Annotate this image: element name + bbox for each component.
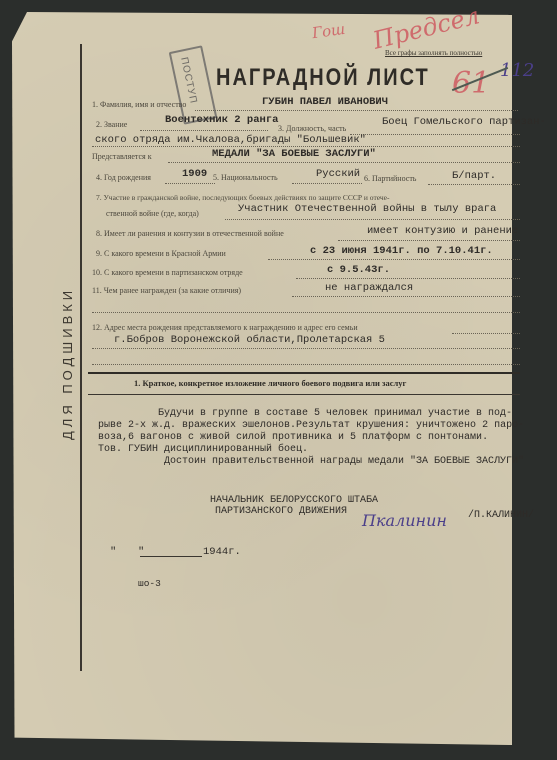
field-12-label: 12. Адрес места рождения представляемого… bbox=[92, 323, 358, 332]
field-12-value: г.Бобров Воронежской области,Пролетарска… bbox=[114, 334, 385, 346]
date-blank-line bbox=[140, 556, 202, 557]
field-6-label: 6. Партийность bbox=[364, 174, 416, 183]
field-6-value: Б/парт. bbox=[452, 170, 496, 182]
field-10-label: 10. С какого времени в партизанском отря… bbox=[92, 268, 243, 277]
field-7-label: 7. Участие в гражданской войне, последую… bbox=[96, 193, 389, 202]
date-quote-open: " bbox=[110, 546, 116, 558]
narrative-line-3: воза,6 вагонов с живой силой противника … bbox=[98, 432, 488, 443]
field-2-value: Воентехник 2 ранга bbox=[165, 114, 278, 126]
presented-label: Представляется к bbox=[92, 152, 152, 161]
document-code: шо-3 bbox=[138, 578, 161, 589]
field-5-label: 5. Национальность bbox=[213, 173, 278, 182]
section-1-heading: 1. Краткое, конкретное изложение личного… bbox=[134, 378, 406, 388]
presented-value: МЕДАЛИ "ЗА БОЕВЫЕ ЗАСЛУГИ" bbox=[212, 148, 376, 160]
field-9-value: с 23 июня 1941г. по 7.10.41г. bbox=[310, 245, 493, 257]
binding-margin-label: ДЛЯ ПОДШИВКИ bbox=[60, 287, 75, 440]
field-3-value-cont: ского отряда им.Чкалова,бригады "Большев… bbox=[95, 134, 366, 146]
field-1-value: ГУБИН ПАВЕЛ ИВАНОВИЧ bbox=[262, 96, 388, 108]
field-9-label: 9. С какого времени в Красной Армии bbox=[96, 249, 226, 258]
narrative-line-1: Будучи в группе в составе 5 человек прин… bbox=[158, 408, 512, 419]
date-year: 1944г. bbox=[203, 546, 241, 558]
field-4-value: 1909 bbox=[182, 168, 207, 180]
signer-title-line-1: НАЧАЛЬНИК БЕЛОРУССКОГО ШТАБА bbox=[210, 495, 378, 506]
document-title: НАГРАДНОЙ ЛИСТ bbox=[216, 65, 430, 93]
field-3-label: 3. Должность, часть bbox=[278, 124, 346, 133]
field-1-label: 1. Фамилия, имя и отчество bbox=[92, 100, 186, 109]
top-note: Все графы заполнять полностью bbox=[385, 49, 482, 57]
field-4-label: 4. Год рождения bbox=[96, 173, 151, 182]
section-divider bbox=[88, 372, 520, 374]
field-2-label: 2. Звание bbox=[96, 120, 127, 129]
field-8-label: 8. Имеет ли ранения и контузии в отечест… bbox=[96, 229, 284, 238]
field-11-value: не награждался bbox=[325, 282, 413, 294]
section-heading-underline bbox=[88, 394, 520, 395]
narrative-line-2: рыве 2-х ж.д. вражеских эшелонов.Результ… bbox=[98, 420, 524, 431]
narrative-line-5: Достоин правительственной награды медали… bbox=[164, 456, 524, 467]
field-3-value: Боец Гомельского партизан- bbox=[382, 116, 546, 128]
field-10-value: с 9.5.43г. bbox=[327, 264, 390, 276]
handwritten-signature: Пкалинин bbox=[362, 511, 447, 530]
narrative-line-4: Тов. ГУБИН дисциплинированный боец. bbox=[98, 444, 308, 455]
signer-name: /П.КАЛИНИН/ bbox=[468, 510, 534, 521]
field-5-value: Русский bbox=[316, 168, 360, 180]
signer-title-line-2: ПАРТИЗАНСКОГО ДВИЖЕНИЯ bbox=[215, 506, 347, 517]
field-7-label-cont: ственной войне (где, когда) bbox=[106, 209, 199, 218]
binding-margin-line bbox=[80, 44, 82, 671]
field-7-value: Участник Отечественной войны в тылу враг… bbox=[238, 203, 496, 215]
field-11-label: 11. Чем ранее награжден (за какие отличи… bbox=[92, 286, 241, 295]
purple-number-annotation: 112 bbox=[500, 60, 534, 81]
field-8-value: имеет контузию и ранение bbox=[367, 225, 518, 237]
